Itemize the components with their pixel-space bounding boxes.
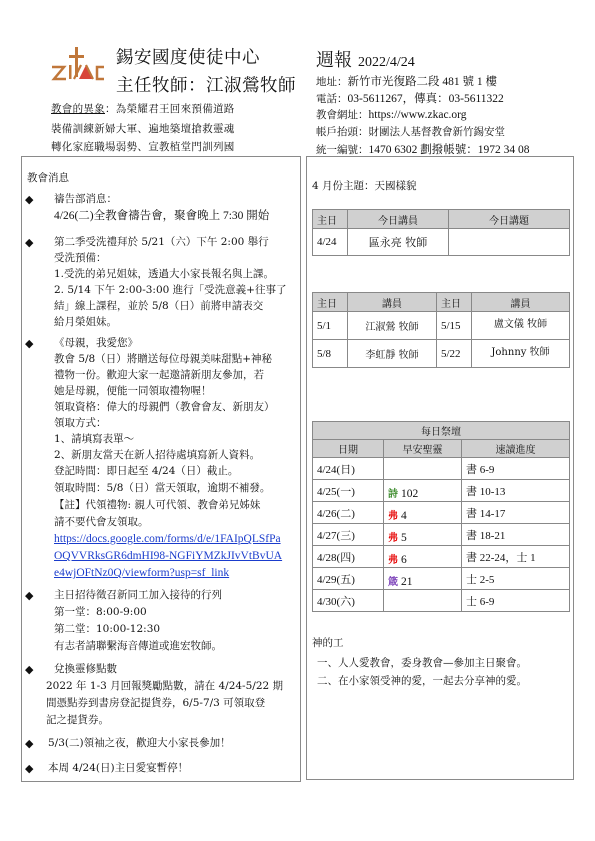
table-row: 4/30(六)士 6-9 xyxy=(313,590,570,612)
news-line: 1.受洗的弟兄姐妹，透過大小家長報名與上課。 xyxy=(54,266,274,283)
info-phone: 電話：03-5611267，傳真：03-5611322 xyxy=(316,90,504,106)
cell-morning-scripture xyxy=(384,590,462,612)
news-line: 第一堂：8:00-9:00 xyxy=(54,604,147,621)
scripture-chapter: 5 xyxy=(401,532,407,544)
col-header: 主日 xyxy=(313,293,348,312)
diamond-bullet-icon: ◆ xyxy=(25,587,33,604)
info-value: 03-5611267，傳真：03-5611322 xyxy=(348,93,504,105)
news-line: 4/26(二)全教會禱告會，聚會晚上 7:30 開始 xyxy=(54,208,269,225)
info-label: 地址： xyxy=(316,76,348,88)
church-news-panel: 教會消息 ◆ 禱告部消息： 4/26(二)全教會禱告會，聚會晚上 7:30 開始… xyxy=(21,156,301,782)
scripture-book: 箴 xyxy=(388,577,398,588)
senior-pastor: 主任牧師：江淑鶯牧師 xyxy=(116,72,296,97)
news-line: 間憑點券到書房登記提貨券，6/5-7/3 可領取登 xyxy=(46,695,265,712)
schedule-panel: 4 月份主題：天國樣貌 主日 今日講員 今日講題 4/24 區永亮 牧師 主日 … xyxy=(306,156,574,780)
scripture-chapter: 21 xyxy=(401,576,413,588)
info-website: 教會網址：https://www.zkac.org xyxy=(316,107,467,122)
weekly-label: 週報 xyxy=(316,50,352,71)
news-line: 教會 5/8（日）將贈送每位母親美味甜點+神秘 xyxy=(54,351,272,368)
cell-morning-scripture: 箴21 xyxy=(384,568,462,590)
vision-line-3: 轉化家庭職場弱勢、宣教植堂門訓列國 xyxy=(51,139,235,154)
cell-reading-progress: 書 10-13 xyxy=(462,480,570,502)
cell-date: 4/28(四) xyxy=(313,546,384,568)
scripture-book: 詩 xyxy=(388,489,398,500)
diamond-bullet-icon: ◆ xyxy=(25,191,33,208)
cell-morning-scripture: 弗4 xyxy=(384,502,462,524)
cell-morning-scripture: 詩102 xyxy=(384,480,462,502)
vision-line-2: 裝備訓練新婦大軍、遍地築壇搶救靈魂 xyxy=(51,121,235,136)
google-form-link[interactable]: OQVVRksGR6dmHI98-NGFiYMZkJIvVtBvUA xyxy=(54,548,282,565)
news-line: 【註】代領禮物: 親人可代領、教會弟兄姊妹 xyxy=(54,497,260,514)
weekly-title: 週報2022/4/24 xyxy=(316,46,415,72)
info-tax-id: 統一編號：1470 6302 劃撥帳號：1972 34 08 xyxy=(316,141,530,157)
cell-date: 4/24 xyxy=(313,229,348,256)
cell-speaker: 盧文儀 牧師 xyxy=(472,312,570,340)
google-form-link[interactable]: e4wjOFtNz0Q/viewform?usp=sf_link xyxy=(54,565,229,582)
table-row: 4/26(二)弗4書 14-17 xyxy=(313,502,570,524)
table-row: 4/24 區永亮 牧師 xyxy=(313,229,570,256)
cell-reading-progress: 書 18-21 xyxy=(462,524,570,546)
news-line: 主日招待徵召新同工加入接待的行列 xyxy=(54,587,222,604)
table-row: 4/29(五)箴21士 2-5 xyxy=(313,568,570,590)
zkac-logo-icon xyxy=(50,45,106,85)
table-title: 每日祭壇 xyxy=(313,422,570,440)
cell-morning-scripture xyxy=(384,458,462,480)
table-row: 4/28(四)弗6書 22-24，士 1 xyxy=(313,546,570,568)
diamond-bullet-icon: ◆ xyxy=(25,661,33,678)
cell-date: 4/29(五) xyxy=(313,568,384,590)
cell-date: 5/8 xyxy=(313,340,348,368)
news-line: 她是母親，便能一同領取禮物喔！ xyxy=(54,383,212,400)
news-line: 領取時間：5/8（日）當天領取，逾期不補發。 xyxy=(54,480,270,497)
vision-text: ：為榮耀君王回來預備道路 xyxy=(105,103,235,115)
news-line: 本周 4/24(日)主日愛宴暫停！ xyxy=(48,760,188,777)
gods-work-line-1: 一、人人愛教會，委身教會—參加主日聚會。 xyxy=(317,655,527,670)
vision-line-1: 教會的異象：為榮耀君王回來預備道路 xyxy=(51,101,235,116)
cell-reading-progress: 士 2-5 xyxy=(462,568,570,590)
cell-date: 5/22 xyxy=(437,340,472,368)
news-line: 5/3(二)領袖之夜，歡迎大小家長參加！ xyxy=(48,735,231,752)
monthly-theme: 4 月份主題：天國樣貌 xyxy=(312,178,417,193)
info-label: 帳戶抬頭： xyxy=(316,126,369,138)
table-row: 5/8 李虹靜 牧師 5/22 Johnny 牧師 xyxy=(313,340,570,368)
news-line: 第二季受洗禮拜於 5/21（六）下午 2:00 舉行 xyxy=(54,234,269,251)
cell-speaker: 李虹靜 牧師 xyxy=(348,340,437,368)
cell-speaker: 江淑鶯 牧師 xyxy=(348,312,437,340)
church-logo xyxy=(50,45,106,85)
news-line: 禱告部消息： xyxy=(54,191,117,208)
info-value: 財團法人基督教會新竹錫安堂 xyxy=(369,126,506,138)
scripture-book: 弗 xyxy=(388,533,398,544)
table-title-row: 每日祭壇 xyxy=(313,422,570,440)
col-header: 主日 xyxy=(313,210,348,229)
col-header: 主日 xyxy=(437,293,472,312)
cell-reading-progress: 書 14-17 xyxy=(462,502,570,524)
news-line: 請不要代會友領取。 xyxy=(54,514,149,531)
table-header-row: 主日 講員 主日 講員 xyxy=(313,293,570,312)
cell-speaker: Johnny 牧師 xyxy=(472,340,570,368)
table-header-row: 日期 早安聖靈 速讀進度 xyxy=(313,440,570,458)
cell-date: 4/26(二) xyxy=(313,502,384,524)
cell-morning-scripture: 弗6 xyxy=(384,546,462,568)
diamond-bullet-icon: ◆ xyxy=(25,234,33,251)
news-line: 1、請填寫表單～ xyxy=(54,431,134,448)
news-line: 記之提貨券。 xyxy=(46,712,109,729)
col-header: 講員 xyxy=(348,293,437,312)
news-line: 兌換靈修點數 xyxy=(54,661,117,678)
scripture-book: 弗 xyxy=(388,511,398,522)
news-line: 登記時間：即日起至 4/24（日）截止。 xyxy=(54,463,238,480)
news-line: 受洗預備： xyxy=(54,250,107,267)
table-header-row: 主日 今日講員 今日講題 xyxy=(313,210,570,229)
col-header: 今日講題 xyxy=(449,210,570,229)
news-line: 結」線上課程，並於 5/8（日）前將申請表交 xyxy=(54,298,263,315)
news-line: 《母親，我愛您》 xyxy=(54,335,138,352)
diamond-bullet-icon: ◆ xyxy=(25,760,33,777)
info-account: 帳戶抬頭：財團法人基督教會新竹錫安堂 xyxy=(316,124,505,139)
info-value: 1470 6302 劃撥帳號：1972 34 08 xyxy=(369,144,530,156)
diamond-bullet-icon: ◆ xyxy=(25,335,33,352)
news-line: 第二堂：10:00-12:30 xyxy=(54,621,160,638)
news-line: 禮物一份。歡迎大家一起邀請新朋友參加，若 xyxy=(54,367,264,384)
info-value: 新竹市光復路二段 481 號 1 樓 xyxy=(348,76,498,88)
news-line: 領取資格：偉大的母親們（教會會友、新朋友） xyxy=(54,399,275,416)
upcoming-speakers-table: 主日 講員 主日 講員 5/1 江淑鶯 牧師 5/15 盧文儀 牧師 5/8 李… xyxy=(312,292,570,368)
cell-speaker: 區永亮 牧師 xyxy=(348,229,449,256)
scripture-chapter: 102 xyxy=(401,488,418,500)
table-row: 5/1 江淑鶯 牧師 5/15 盧文儀 牧師 xyxy=(313,312,570,340)
news-line: 領取方式： xyxy=(54,415,107,432)
news-line: 有志者請聯繫海音傳道或進宏牧師。 xyxy=(54,638,222,655)
news-line: 2、新朋友當天在新人招待處填寫新人資料。 xyxy=(54,447,260,464)
google-form-link[interactable]: https://docs.google.com/forms/d/e/1FAIpQ… xyxy=(54,531,281,548)
cell-date: 4/24(日) xyxy=(313,458,384,480)
table-row: 4/24(日)書 6-9 xyxy=(313,458,570,480)
news-line: 2. 5/14 下午 2:00-3:00 進行「受洗意義+往事了 xyxy=(54,282,286,299)
cell-date: 5/1 xyxy=(313,312,348,340)
cell-reading-progress: 書 22-24，士 1 xyxy=(462,546,570,568)
col-header: 速讀進度 xyxy=(462,440,570,458)
diamond-bullet-icon: ◆ xyxy=(25,735,33,752)
cell-reading-progress: 書 6-9 xyxy=(462,458,570,480)
news-line: 給月榮姐妹。 xyxy=(54,314,117,331)
gods-work-title: 神的工 xyxy=(312,635,344,650)
table-row: 4/27(三)弗5書 18-21 xyxy=(313,524,570,546)
scripture-chapter: 4 xyxy=(401,510,407,522)
news-title: 教會消息 xyxy=(27,170,69,185)
daily-altar-table: 每日祭壇 日期 早安聖靈 速讀進度 4/24(日)書 6-94/25(一)詩10… xyxy=(312,421,570,612)
cell-reading-progress: 士 6-9 xyxy=(462,590,570,612)
cell-topic xyxy=(449,229,570,256)
news-line: 2022 年 1-3 月回報獎勵點數，請在 4/24-5/22 期 xyxy=(46,678,283,695)
vision-label: 教會的異象 xyxy=(51,103,105,115)
gods-work-line-2: 二、在小家領受神的愛，一起去分享神的愛。 xyxy=(317,673,527,688)
scripture-chapter: 6 xyxy=(401,554,407,566)
col-header: 早安聖靈 xyxy=(384,440,462,458)
devotion-rows: 4/24(日)書 6-94/25(一)詩102書 10-134/26(二)弗4書… xyxy=(313,458,570,612)
website-link[interactable]: https://www.zkac.org xyxy=(369,109,467,121)
cell-morning-scripture: 弗5 xyxy=(384,524,462,546)
col-header: 今日講員 xyxy=(348,210,449,229)
cell-date: 4/27(三) xyxy=(313,524,384,546)
scripture-book: 弗 xyxy=(388,555,398,566)
cell-date: 4/30(六) xyxy=(313,590,384,612)
bulletin-date: 2022/4/24 xyxy=(358,55,415,70)
today-speaker-table: 主日 今日講員 今日講題 4/24 區永亮 牧師 xyxy=(312,209,570,256)
info-label: 教會網址： xyxy=(316,109,369,121)
cell-date: 4/25(一) xyxy=(313,480,384,502)
table-row: 4/25(一)詩102書 10-13 xyxy=(313,480,570,502)
info-label: 電話： xyxy=(316,93,348,105)
col-header: 日期 xyxy=(313,440,384,458)
col-header: 講員 xyxy=(472,293,570,312)
cell-date: 5/15 xyxy=(437,312,472,340)
info-address: 地址：新竹市光復路二段 481 號 1 樓 xyxy=(316,73,497,89)
org-name: 錫安國度使徒中心 xyxy=(116,44,260,69)
info-label: 統一編號： xyxy=(316,144,369,156)
